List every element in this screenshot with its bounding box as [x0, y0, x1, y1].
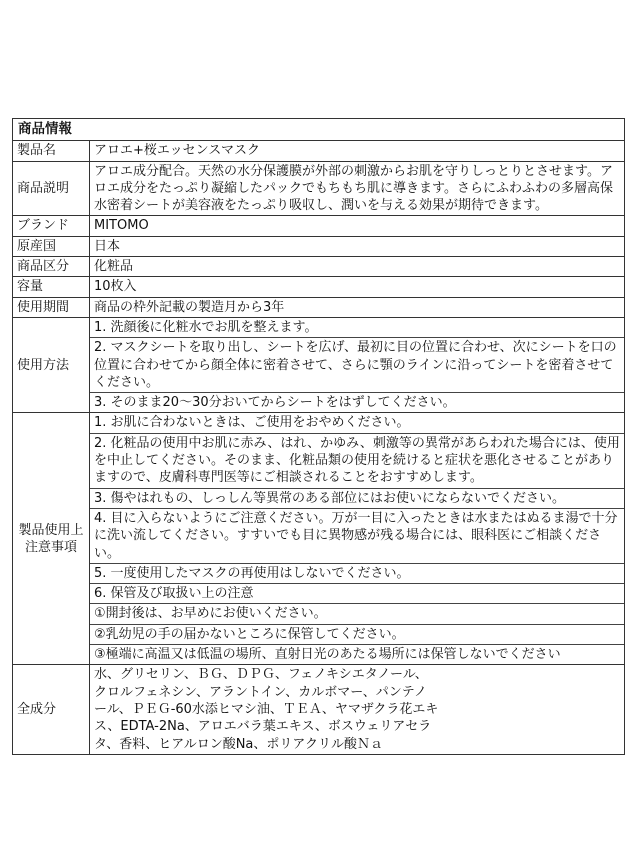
ingredients-line: 水、グリセリン、ＢＧ、ＤＰＧ、フェノキシエタノール、 — [94, 666, 620, 683]
table-row: 商品区分 化粧品 — [13, 257, 625, 277]
table-row: 製品名 アロエ+桜エッセンスマスク — [13, 141, 625, 161]
usage-instructions-value: 1. 洗顔後に化粧水でお肌を整えます。 2. マスクシートを取り出し、シートを広… — [90, 317, 625, 412]
precaution-item: 6. 保管及び取扱い上の注意 — [90, 583, 624, 603]
precaution-item: 3. 傷やはれもの、しっしん等異常のある部位にはお使いにならないでください。 — [90, 488, 624, 508]
product-description-value: アロエ成分配合。天然の水分保護膜が外部の刺激からお肌を守りしっとりとさせます。ア… — [90, 161, 625, 216]
precaution-item: 4. 目に入らないようにご注意ください。万が一目に入ったときは水またはぬるま湯で… — [90, 508, 624, 563]
product-info-table: 商品情報 製品名 アロエ+桜エッセンスマスク 商品説明 アロエ成分配合。天然の水… — [12, 118, 625, 755]
product-category-label: 商品区分 — [13, 257, 90, 277]
country-of-origin-value: 日本 — [90, 236, 625, 256]
usage-step: 3. そのまま20～30分おいてからシートをはずしてください。 — [90, 392, 624, 412]
ingredients-row: 全成分 水、グリセリン、ＢＧ、ＤＰＧ、フェノキシエタノール、 クロルフェネシン、… — [13, 665, 625, 754]
ingredients-value: 水、グリセリン、ＢＧ、ＤＰＧ、フェノキシエタノール、 クロルフェネシン、アラント… — [90, 665, 625, 754]
usage-period-value: 商品の枠外記載の製造月から3年 — [90, 297, 625, 317]
ingredients-line: クロルフェネシン、アラントイン、カルボマー、パンテノ — [94, 684, 620, 701]
table-row: 使用期間 商品の枠外記載の製造月から3年 — [13, 297, 625, 317]
usage-instructions-label: 使用方法 — [13, 317, 90, 412]
usage-step: 2. マスクシートを取り出し、シートを広げ、最初に目の位置に合わせ、次にシートを… — [90, 337, 624, 392]
table-row: 容量 10枚入 — [13, 277, 625, 297]
table-row: 商品説明 アロエ成分配合。天然の水分保護膜が外部の刺激からお肌を守りしっとりとさ… — [13, 161, 625, 216]
product-page: 商品情報 製品名 アロエ+桜エッセンスマスク 商品説明 アロエ成分配合。天然の水… — [0, 0, 640, 853]
table-title: 商品情報 — [13, 119, 625, 141]
ingredients-label: 全成分 — [13, 665, 90, 754]
ingredients-line: ール、ＰＥＧ-60水添ヒマシ油、ＴＥＡ、ヤマザクラ花エキ — [94, 701, 620, 718]
ingredients-lines: 水、グリセリン、ＢＧ、ＤＰＧ、フェノキシエタノール、 クロルフェネシン、アラント… — [90, 665, 624, 753]
product-description-label: 商品説明 — [13, 161, 90, 216]
brand-label: ブランド — [13, 216, 90, 236]
brand-value: MITOMO — [90, 216, 625, 236]
product-category-value: 化粧品 — [90, 257, 625, 277]
precaution-item: ③極端に高温又は低温の場所、直射日光のあたる場所には保管しないでください — [90, 644, 624, 664]
precautions-label: 製品使用上注意事項 — [13, 413, 90, 665]
ingredients-line: ス、EDTA-2Na、アロエバラ葉エキス、ボスウェリアセラ — [94, 718, 620, 735]
volume-value: 10枚入 — [90, 277, 625, 297]
product-name-value: アロエ+桜エッセンスマスク — [90, 141, 625, 161]
product-name-label: 製品名 — [13, 141, 90, 161]
usage-step: 1. 洗顔後に化粧水でお肌を整えます。 — [90, 318, 624, 337]
precautions-value: 1. お肌に合わないときは、ご使用をおやめください。 2. 化粧品の使用中お肌に… — [90, 413, 625, 665]
usage-period-label: 使用期間 — [13, 297, 90, 317]
country-of-origin-label: 原産国 — [13, 236, 90, 256]
ingredients-line: タ、香料、ヒアルロン酸Na、ポリアクリル酸Ｎａ — [94, 736, 620, 753]
precaution-item: 5. 一度使用したマスクの再使用はしないでください。 — [90, 563, 624, 583]
precaution-item: ②乳幼児の手の届かないところに保管してください。 — [90, 624, 624, 644]
volume-label: 容量 — [13, 277, 90, 297]
precaution-item: 2. 化粧品の使用中お肌に赤み、はれ、かゆみ、刺激等の異常があらわれた場合には、… — [90, 433, 624, 488]
usage-instructions-row: 使用方法 1. 洗顔後に化粧水でお肌を整えます。 2. マスクシートを取り出し、… — [13, 317, 625, 412]
precaution-item: ①開封後は、お早めにお使いください。 — [90, 603, 624, 623]
table-row: ブランド MITOMO — [13, 216, 625, 236]
precautions-row: 製品使用上注意事項 1. お肌に合わないときは、ご使用をおやめください。 2. … — [13, 413, 625, 665]
table-header-row: 商品情報 — [13, 119, 625, 141]
precaution-item: 1. お肌に合わないときは、ご使用をおやめください。 — [90, 413, 624, 432]
table-row: 原産国 日本 — [13, 236, 625, 256]
